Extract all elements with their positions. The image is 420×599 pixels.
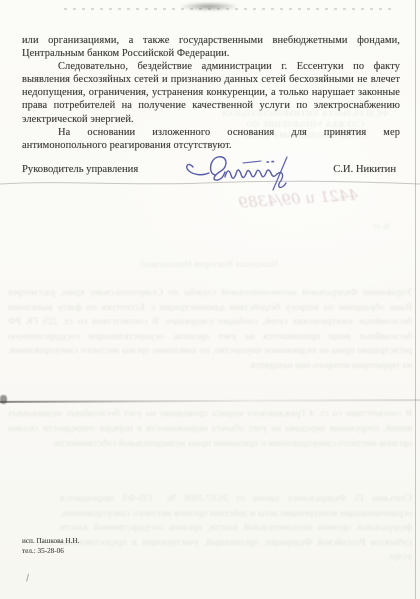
executor-block: исп. Пашкова Н.Н. тел.: 35-28-06 [22, 537, 79, 556]
paragraph-resolution: На основании изложенного основания для п… [22, 126, 400, 152]
signer-title: Руководитель управления [22, 164, 138, 175]
pencil-tick-mark [26, 574, 32, 583]
bleedthrough-paragraph-2: В соответствии со ст. 4 Гражданского код… [8, 406, 412, 451]
paragraph-continuation: или организациями, а также государственн… [22, 34, 400, 60]
paper-crease-upper [0, 177, 420, 189]
letter-body: или организациями, а также государственн… [22, 34, 400, 152]
edge-ink-speck [0, 395, 7, 404]
paragraph-conclusion: Следовательно, бездействие администрации… [22, 60, 400, 125]
executor-phone: тел.: 35-28-06 [22, 547, 79, 557]
scanner-edge-line [415, 0, 416, 599]
bleedthrough-paragraph-1: Управление Федеральной антимонопольной с… [8, 286, 412, 374]
bleedthrough-paragraph-3: Статьями 15 Федерального закона от 26.07… [60, 492, 412, 565]
bleedthrough-number-line: № от [290, 222, 390, 231]
paper-crease-lower [0, 399, 420, 403]
scan-artifact-smudge [180, 2, 238, 11]
scanned-letter-page: ФЕДЕРАЛЬНАЯ АНТИМОНОПОЛЬНАЯ СЛУЖБА УПРАВ… [0, 0, 420, 599]
bleedthrough-salutation: Уважаемая Виктория Николаевна! [110, 260, 310, 270]
executor-name: исп. Пашкова Н.Н. [22, 537, 79, 547]
signer-name: С.И. Никитин [333, 164, 396, 175]
